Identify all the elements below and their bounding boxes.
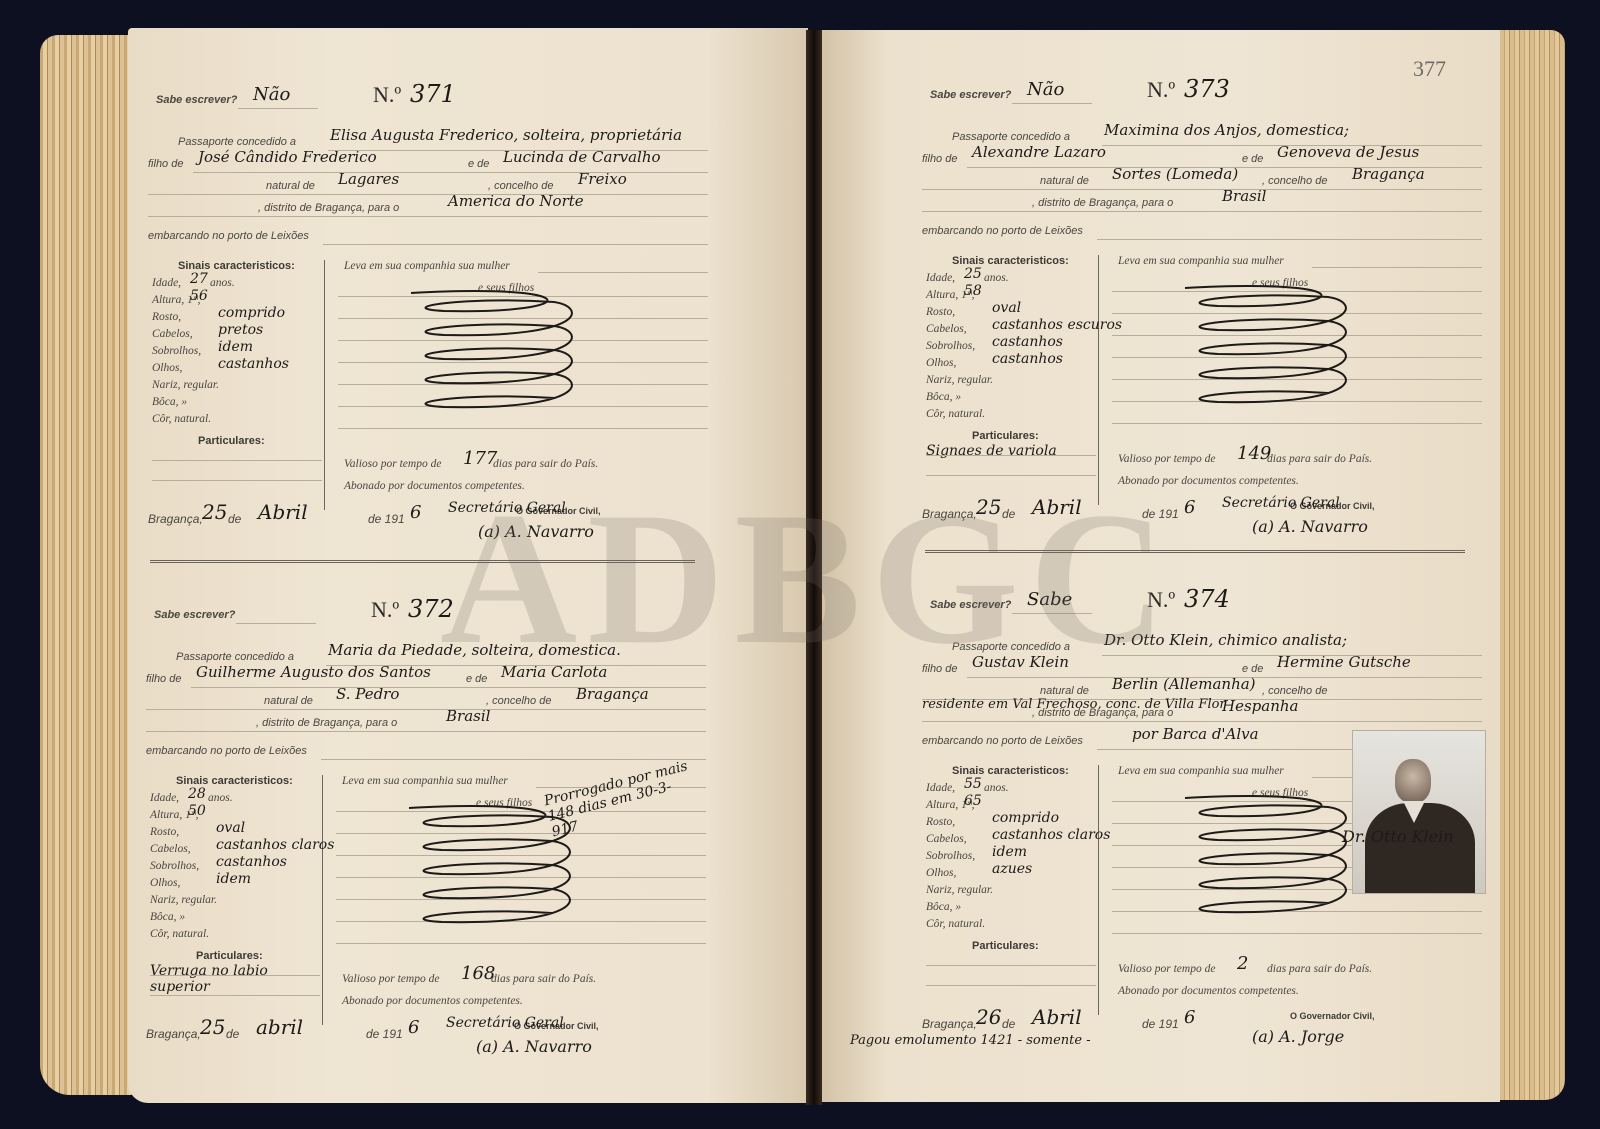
label-embarcando: embarcando no porto de Leixões	[922, 225, 1083, 237]
label-rosto: Rosto,	[150, 826, 179, 838]
form-rule	[236, 623, 316, 624]
label-filhos: e seus filhos	[476, 797, 532, 809]
value-idade: 55	[964, 776, 982, 792]
form-rule	[926, 965, 1096, 966]
label-particulares: Particulares:	[198, 435, 265, 447]
label-cabelos: Cabelos,	[150, 843, 191, 855]
label-rosto: Rosto,	[926, 816, 955, 828]
date-year-digit: 6	[410, 502, 421, 523]
form-rule	[1112, 911, 1482, 912]
photo-head	[1395, 759, 1431, 803]
concelho: Bragança	[1352, 165, 1425, 183]
label-leva: Leva em sua companhia sua mulher	[1118, 255, 1284, 267]
book-fore-edge-left	[40, 35, 135, 1095]
label-concelho: , concelho de	[1262, 685, 1327, 697]
photo-coat	[1365, 803, 1475, 894]
label-cabelos: Cabelos,	[926, 323, 967, 335]
value-sobrolhos: castanhos	[216, 854, 287, 870]
label-e-de: e de	[466, 673, 487, 685]
column-divider	[1098, 255, 1099, 505]
natural-de: Lagares	[338, 170, 399, 188]
label-olhos: Olhos,	[926, 357, 956, 369]
value-altura: 50	[188, 803, 206, 819]
label-embarcando: embarcando no porto de Leixões	[146, 745, 307, 757]
value-altura: 65	[964, 793, 982, 809]
column-divider	[322, 775, 323, 1025]
form-rule	[146, 709, 706, 710]
natural-de: Sortes (Lomeda)	[1112, 165, 1238, 183]
form-rule	[150, 995, 320, 996]
form-rule	[1312, 267, 1482, 268]
date-year-digit: 6	[1184, 1007, 1195, 1028]
passport-entry-374: Sabe escrever?SabeN.º374Passaporte conce…	[922, 565, 1482, 1045]
form-rule	[336, 855, 706, 856]
form-rule	[1112, 933, 1482, 934]
value-idade: 25	[964, 266, 982, 282]
label-rosto: Rosto,	[152, 311, 181, 323]
label-olhos: Olhos,	[150, 877, 180, 889]
form-rule	[336, 899, 706, 900]
value-rosto: oval	[216, 820, 245, 836]
label-braganca: Bragança,	[146, 1027, 201, 1041]
value-cabelos: pretos	[218, 322, 263, 338]
form-rule	[1012, 103, 1092, 104]
valid-days: 2	[1237, 953, 1248, 974]
label-de-ano: de 191	[1142, 507, 1179, 521]
destination: Brasil	[446, 707, 490, 725]
form-rule	[1112, 379, 1482, 380]
label-boca: Bôca, »	[152, 396, 187, 408]
label-olhos: Olhos,	[152, 362, 182, 374]
label-cor: Côr, natural.	[926, 408, 985, 420]
form-rule	[922, 211, 1482, 212]
label-filho: filho de	[148, 158, 183, 170]
label-leva: Leva em sua companhia sua mulher	[342, 775, 508, 787]
form-rule	[338, 340, 708, 341]
value-rosto: comprido	[992, 810, 1059, 826]
label-boca: Bôca, »	[150, 911, 185, 923]
value-idade: 27	[190, 271, 208, 287]
cancel-scribble	[378, 275, 598, 425]
book-fore-edge-right	[1495, 30, 1565, 1100]
label-sabe-escrever: Sabe escrever?	[930, 89, 1011, 101]
form-rule	[152, 480, 322, 481]
label-governador: O Governador Civil,	[1290, 1011, 1375, 1021]
label-passaporte: Passaporte concedido a	[176, 651, 294, 663]
label-e-de: e de	[1242, 663, 1263, 675]
label-sobrolhos: Sobrolhos,	[926, 850, 975, 862]
label-sabe-escrever: Sabe escrever?	[154, 609, 235, 621]
value-sobrolhos: idem	[992, 844, 1027, 860]
form-rule	[1112, 291, 1482, 292]
form-rule	[926, 985, 1096, 986]
label-e-de: e de	[1242, 153, 1263, 165]
label-de: de	[1002, 1017, 1015, 1031]
label-filhos: e seus filhos	[478, 282, 534, 294]
label-abonado: Abonado por documentos competentes.	[342, 995, 523, 1007]
label-de-ano: de 191	[1142, 1017, 1179, 1031]
cancel-scribble	[1152, 270, 1372, 420]
form-rule	[1112, 357, 1482, 358]
label-boca: Bôca, »	[926, 901, 961, 913]
form-rule	[1012, 613, 1092, 614]
value-altura: 56	[190, 288, 208, 304]
label-valioso-b: dias para sair do País.	[1267, 963, 1372, 975]
label-filho: filho de	[146, 673, 181, 685]
label-filho: filho de	[922, 663, 957, 675]
date-month: Abril	[1032, 1005, 1082, 1029]
label-filhos: e seus filhos	[1252, 787, 1308, 799]
label-sobrolhos: Sobrolhos,	[926, 340, 975, 352]
form-rule	[338, 362, 708, 363]
natural-de: S. Pedro	[336, 685, 399, 703]
label-cor: Côr, natural.	[150, 928, 209, 940]
date-year-digit: 6	[408, 1017, 419, 1038]
entry-number-label: N.º	[373, 82, 401, 108]
sabe-escrever-value: Não	[253, 84, 290, 105]
date-day: 25	[976, 495, 1001, 519]
value-rosto: comprido	[218, 305, 285, 321]
value-olhos: idem	[216, 871, 251, 887]
form-rule	[338, 296, 708, 297]
label-valioso-b: dias para sair do País.	[491, 973, 596, 985]
label-valioso-a: Valioso por tempo de	[1118, 963, 1215, 975]
label-passaporte: Passaporte concedido a	[178, 136, 296, 148]
label-distrito: , distrito de Bragança, para o	[1032, 197, 1173, 209]
passport-holder-name: Dr. Otto Klein, chimico analista;	[1104, 631, 1347, 649]
column-divider	[324, 260, 325, 510]
label-anos: anos.	[208, 792, 233, 804]
form-rule	[336, 943, 706, 944]
form-rule	[146, 731, 706, 732]
form-rule	[926, 475, 1096, 476]
label-braganca: Bragança,	[922, 507, 977, 521]
value-olhos: azues	[992, 861, 1032, 877]
sabe-escrever-value: Sabe	[1027, 589, 1072, 610]
form-rule	[338, 428, 708, 429]
entry-number: 374	[1184, 585, 1230, 613]
form-rule	[922, 189, 1482, 190]
mother-name: Maria Carlota	[501, 663, 607, 681]
particulares-value: Signaes de variola	[926, 443, 1096, 459]
entry-number: 372	[408, 595, 454, 623]
signature-governor: (a) A. Jorge	[1252, 1027, 1344, 1046]
form-rule	[338, 406, 708, 407]
mother-name: Genoveva de Jesus	[1277, 143, 1419, 161]
label-leva: Leva em sua companhia sua mulher	[344, 260, 510, 272]
signature-governor: (a) A. Navarro	[478, 522, 594, 541]
date-day: 26	[976, 1005, 1001, 1029]
label-idade: Idade,	[152, 277, 181, 289]
entry-separator	[925, 550, 1465, 553]
form-rule	[238, 108, 318, 109]
form-rule	[1112, 313, 1482, 314]
signature-secretary: Secretário Geral	[1222, 495, 1340, 511]
book-gutter	[806, 30, 822, 1105]
form-rule	[148, 194, 708, 195]
label-particulares: Particulares:	[196, 950, 263, 962]
value-rosto: oval	[992, 300, 1021, 316]
label-abonado: Abonado por documentos competentes.	[344, 480, 525, 492]
label-boca: Bôca, »	[926, 391, 961, 403]
label-anos: anos.	[210, 277, 235, 289]
form-rule	[1112, 335, 1482, 336]
destination: Brasil	[1222, 187, 1266, 205]
passport-entry-373: Sabe escrever?NãoN.º373Passaporte conced…	[922, 55, 1482, 535]
column-divider	[1098, 765, 1099, 1015]
label-natural: natural de	[264, 695, 313, 707]
father-name: Gustav Klein	[972, 653, 1069, 671]
label-embarcando: embarcando no porto de Leixões	[922, 735, 1083, 747]
label-concelho: , concelho de	[488, 180, 553, 192]
label-abonado: Abonado por documentos competentes.	[1118, 985, 1299, 997]
label-natural: natural de	[1040, 685, 1089, 697]
entry-number: 371	[410, 80, 456, 108]
form-rule	[538, 272, 708, 273]
value-sobrolhos: castanhos	[992, 334, 1063, 350]
signature-governor: (a) A. Navarro	[1252, 517, 1368, 536]
date-month: abril	[256, 1015, 303, 1039]
form-rule	[193, 172, 708, 173]
label-natural: natural de	[266, 180, 315, 192]
label-valioso-b: dias para sair do País.	[1267, 453, 1372, 465]
particulares-value: Verruga no labio superior	[150, 963, 320, 995]
label-sabe-escrever: Sabe escrever?	[930, 599, 1011, 611]
label-de: de	[226, 1027, 239, 1041]
date-month: Abril	[258, 500, 308, 524]
label-particulares: Particulares:	[972, 940, 1039, 952]
form-rule	[1112, 423, 1482, 424]
sabe-escrever-value: Não	[1027, 79, 1064, 100]
form-rule	[321, 759, 706, 760]
date-year-digit: 6	[1184, 497, 1195, 518]
label-natural: natural de	[1040, 175, 1089, 187]
label-nariz: Nariz, regular.	[926, 884, 993, 896]
label-braganca: Bragança,	[922, 1017, 977, 1031]
label-de: de	[228, 512, 241, 526]
entry-separator	[150, 560, 695, 563]
label-distrito: , distrito de Bragança, para o	[256, 717, 397, 729]
passport-holder-name: Maximina dos Anjos, domestica;	[1104, 121, 1349, 139]
label-concelho: , concelho de	[1262, 175, 1327, 187]
label-valioso-a: Valioso por tempo de	[344, 458, 441, 470]
label-nariz: Nariz, regular.	[152, 379, 219, 391]
value-olhos: castanhos	[992, 351, 1063, 367]
date-day: 25	[200, 1015, 225, 1039]
label-idade: Idade,	[150, 792, 179, 804]
father-name: Alexandre Lazaro	[972, 143, 1106, 161]
father-name: José Cândido Frederico	[198, 148, 377, 166]
label-anos: anos.	[984, 272, 1009, 284]
label-distrito: , distrito de Bragança, para o	[258, 202, 399, 214]
label-passaporte: Passaporte concedido a	[952, 641, 1070, 653]
entry-number: 373	[1184, 75, 1230, 103]
form-rule	[922, 721, 1482, 722]
label-filho: filho de	[922, 153, 957, 165]
label-sabe-escrever: Sabe escrever?	[156, 94, 237, 106]
label-filhos: e seus filhos	[1252, 277, 1308, 289]
label-de: de	[1002, 507, 1015, 521]
date-month: Abril	[1032, 495, 1082, 519]
label-braganca: Bragança,	[148, 512, 203, 526]
margin-fee-note: Pagou emolumento 1421 - somente -	[850, 1033, 1091, 1048]
passport-entry-372: Sabe escrever?N.º372Passaporte concedido…	[146, 575, 706, 1055]
passport-holder-name: Maria da Piedade, solteira, domestica.	[328, 641, 621, 659]
form-rule	[336, 877, 706, 878]
value-altura: 58	[964, 283, 982, 299]
form-rule	[338, 318, 708, 319]
form-rule	[150, 975, 320, 976]
destination: America do Norte	[448, 192, 584, 210]
father-name: Guilherme Augusto dos Santos	[196, 663, 431, 681]
label-cor: Côr, natural.	[152, 413, 211, 425]
label-de-ano: de 191	[368, 512, 405, 526]
value-olhos: castanhos	[218, 356, 289, 372]
value-idade: 28	[188, 786, 206, 802]
signature-secretary: Secretário Geral	[446, 1015, 564, 1031]
form-rule	[148, 216, 708, 217]
label-nariz: Nariz, regular.	[150, 894, 217, 906]
form-rule	[1112, 401, 1482, 402]
value-cabelos: castanhos claros	[992, 827, 1110, 843]
label-valioso-a: Valioso por tempo de	[1118, 453, 1215, 465]
passport-entry-371: Sabe escrever?NãoN.º371Passaporte conced…	[148, 60, 708, 540]
form-rule	[152, 460, 322, 461]
form-rule	[323, 244, 708, 245]
label-valioso-b: dias para sair do País.	[493, 458, 598, 470]
label-sobrolhos: Sobrolhos,	[150, 860, 199, 872]
label-idade: Idade,	[926, 272, 955, 284]
destination: Hespanha	[1222, 697, 1298, 715]
passport-holder-name: Elisa Augusta Frederico, solteira, propr…	[330, 126, 682, 144]
label-concelho: , concelho de	[486, 695, 551, 707]
form-rule	[1097, 239, 1482, 240]
entry-number-label: N.º	[371, 597, 399, 623]
photo-signature: Dr. Otto Klein	[1342, 827, 1454, 846]
value-sobrolhos: idem	[218, 339, 253, 355]
label-leva: Leva em sua companhia sua mulher	[1118, 765, 1284, 777]
label-de-ano: de 191	[366, 1027, 403, 1041]
label-rosto: Rosto,	[926, 306, 955, 318]
label-cabelos: Cabelos,	[926, 833, 967, 845]
label-embarcando: embarcando no porto de Leixões	[148, 230, 309, 242]
form-rule	[926, 455, 1096, 456]
label-olhos: Olhos,	[926, 867, 956, 879]
form-rule	[336, 833, 706, 834]
label-valioso-a: Valioso por tempo de	[342, 973, 439, 985]
value-cabelos: castanhos escuros	[992, 317, 1122, 333]
entry-number-label: N.º	[1147, 77, 1175, 103]
label-sobrolhos: Sobrolhos,	[152, 345, 201, 357]
label-abonado: Abonado por documentos competentes.	[1118, 475, 1299, 487]
concelho: Bragança	[576, 685, 649, 703]
margin-annotation: Prorrogado por mais 148 dias em 30-3-917	[542, 758, 699, 841]
signature-secretary: Secretário Geral	[448, 500, 566, 516]
mother-name: Lucinda de Carvalho	[503, 148, 661, 166]
cancel-scribble	[1152, 780, 1372, 930]
natural-de: Berlin (Allemanha)	[1112, 675, 1256, 693]
label-particulares: Particulares:	[972, 430, 1039, 442]
label-anos: anos.	[984, 782, 1009, 794]
label-cor: Côr, natural.	[926, 918, 985, 930]
entry-number-label: N.º	[1147, 587, 1175, 613]
concelho: Freixo	[578, 170, 627, 188]
value-cabelos: castanhos claros	[216, 837, 334, 853]
passport-photo	[1352, 730, 1486, 894]
embarkation-point: por Barca d'Alva	[1132, 725, 1259, 743]
date-day: 25	[202, 500, 227, 524]
label-passaporte: Passaporte concedido a	[952, 131, 1070, 143]
label-idade: Idade,	[926, 782, 955, 794]
form-rule	[338, 384, 708, 385]
label-nariz: Nariz, regular.	[926, 374, 993, 386]
label-cabelos: Cabelos,	[152, 328, 193, 340]
label-e-de: e de	[468, 158, 489, 170]
form-rule	[336, 921, 706, 922]
signature-governor: (a) A. Navarro	[476, 1037, 592, 1056]
residence-note: residente em Val Frechoso, conc. de Vill…	[922, 697, 1226, 712]
mother-name: Hermine Gutsche	[1277, 653, 1411, 671]
